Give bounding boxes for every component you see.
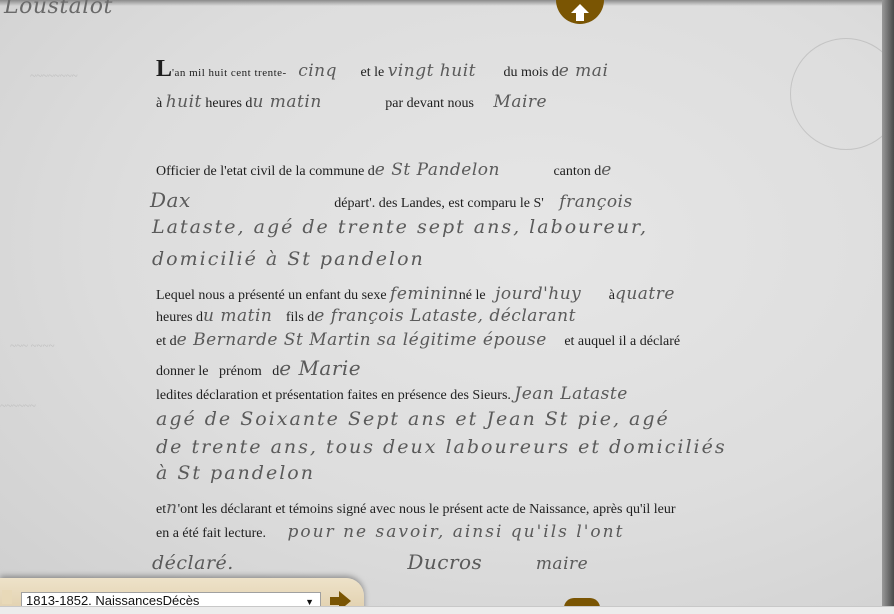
bleed-through-text: ~~~~~~ <box>0 400 36 412</box>
record-line-8: heures du matin fils de françois Lataste… <box>156 306 576 326</box>
bleed-through-text: ~~~ ~~~~ <box>10 340 54 352</box>
record-line-17: déclaré. Ducros maire <box>152 550 588 574</box>
page-edge <box>882 0 894 606</box>
record-line-15: etn'ont les déclarant et témoins signé a… <box>156 498 676 518</box>
top-shadow <box>0 0 894 6</box>
record-line-14: à St pandelon <box>156 462 315 484</box>
record-line-11: ledites déclaration et présentation fait… <box>156 384 628 404</box>
record-line-13: de trente ans, tous deux laboureurs et d… <box>156 436 727 458</box>
record-line-9: et de Bernarde St Martin sa légitime épo… <box>156 330 680 350</box>
record-line-7: Lequel nous a présenté un enfant du sexe… <box>156 284 675 304</box>
next-page-down-button[interactable] <box>564 598 600 606</box>
record-line-3: Officier de l'etat civil de la commune d… <box>156 160 612 180</box>
arrow-up-icon-stem <box>576 12 584 21</box>
drop-cap: L <box>156 56 172 82</box>
previous-page-up-button[interactable] <box>556 0 604 24</box>
record-line-5: Lataste, agé de trente sept ans, laboure… <box>152 216 648 238</box>
record-line-16: en a été fait lecture. pour ne savoir, a… <box>156 522 624 542</box>
record-line-2: à huit heures du matin par devant nous M… <box>156 92 547 112</box>
signature: Ducros <box>407 550 482 574</box>
record-line-12: agé de Soixante Sept ans et Jean St pie,… <box>156 408 670 430</box>
seal-stamp <box>790 38 894 150</box>
bleed-through-text: ~~~~~~~~ <box>30 70 78 82</box>
record-line-6: domicilié à St pandelon <box>152 248 425 270</box>
margin-name: Loustalot <box>4 0 113 19</box>
previous-register-button[interactable] <box>2 590 12 604</box>
record-line-10: donner le prénom de Marie <box>156 356 361 380</box>
document-viewer[interactable]: ~~~~~~~~ ~~~ ~~~~ ~~~~~~ Loustalot L'an … <box>0 0 894 606</box>
status-bar <box>0 606 894 614</box>
record-line-1: L'an mil huit cent trente- cinq et le vi… <box>156 56 608 83</box>
record-line-4: Dax départ'. des Landes, est comparu le … <box>150 188 633 212</box>
